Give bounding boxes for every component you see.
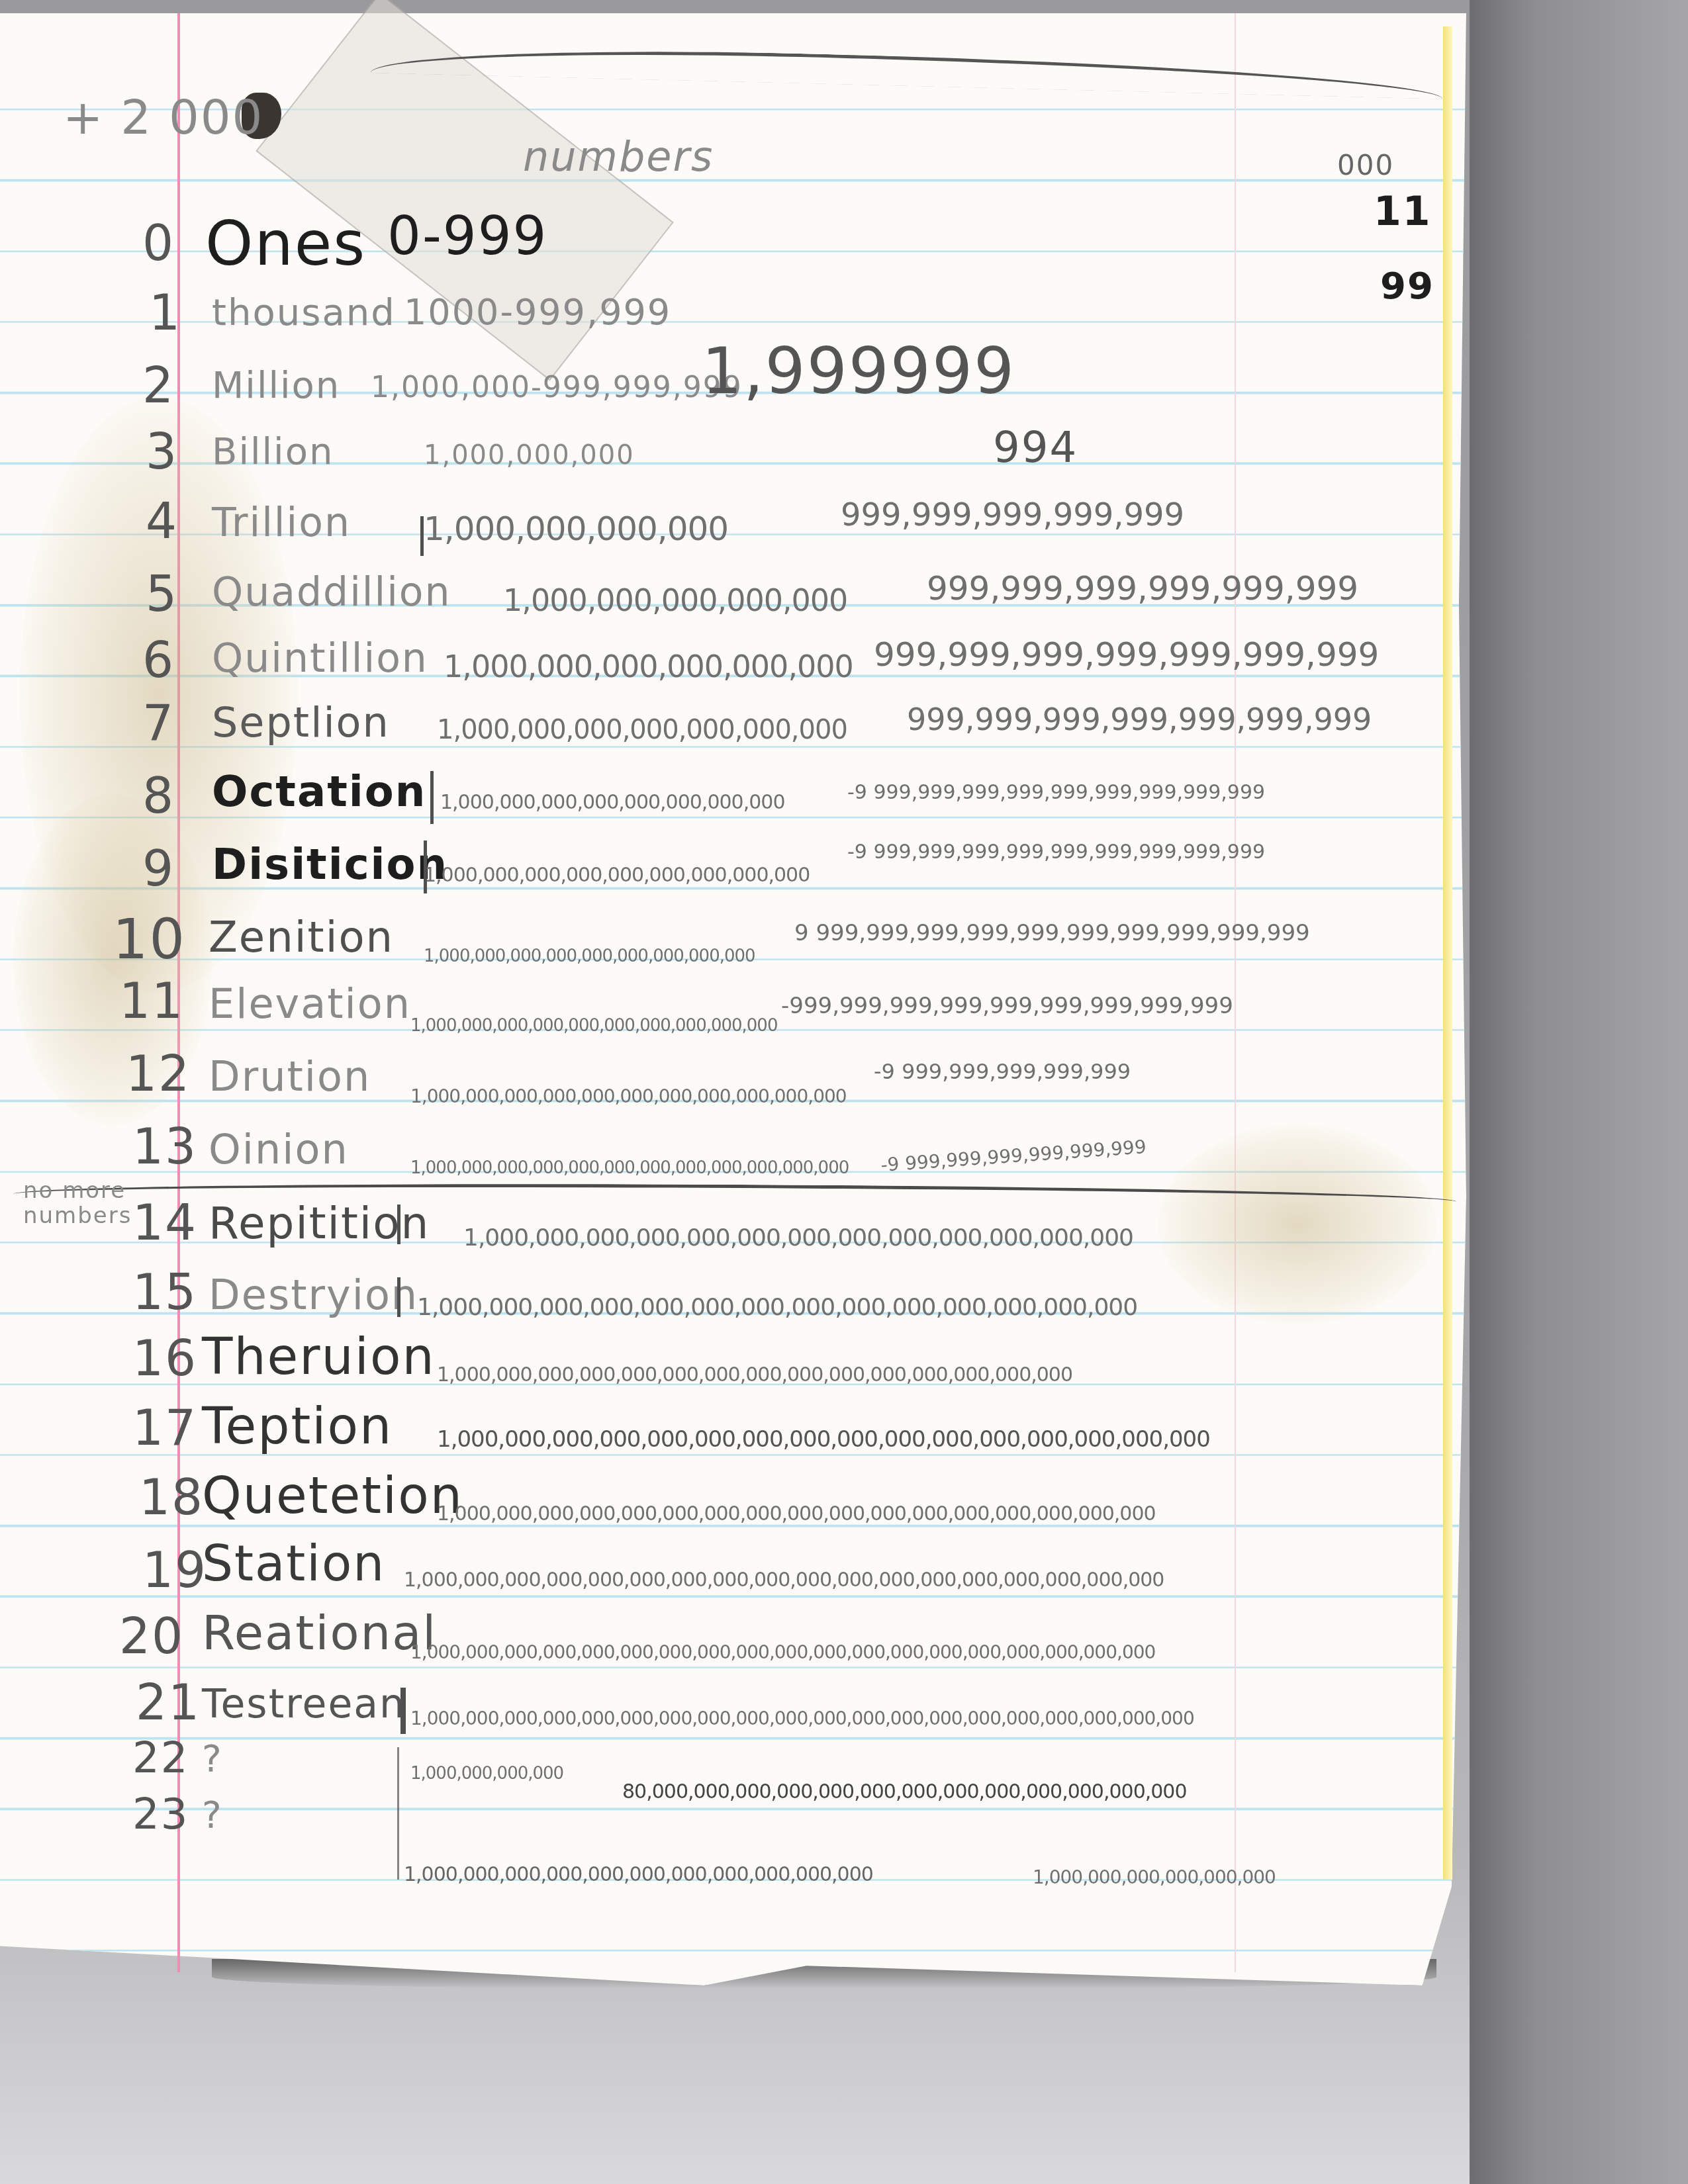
row-value: 1,000,000,000,000,000,000,000,000,000 <box>424 864 810 887</box>
row-value: 1,000,000,000,000,000,000,000,000,000 <box>424 946 755 966</box>
row-label: Destryion <box>209 1271 418 1319</box>
row-extra: -999,999,999,999,999,999,999,999,999 <box>781 993 1233 1019</box>
row-value: 1,000,000,000,000,000,000,000 <box>437 715 847 745</box>
row-index: 19 <box>142 1542 207 1599</box>
row-label: Oinion <box>209 1125 349 1173</box>
row-label: Billion <box>212 430 334 473</box>
stain <box>1158 1125 1436 1324</box>
bracket-mark <box>424 841 427 893</box>
row-value: 1,000,000-999,999,999 <box>371 371 743 404</box>
row-extra: -9 999,999,999,999,999,999,999,999,999 <box>847 841 1265 864</box>
row-label: Disiticion <box>212 841 448 889</box>
row-extra: 9 999,999,999,999,999,999,999,999,999,99… <box>794 920 1310 946</box>
row-index: 15 <box>132 1264 197 1321</box>
row-value: 1,000,000,000,000,000,000,000,000,000,00… <box>437 1363 1072 1387</box>
row-extra: 1,999999 <box>702 334 1015 408</box>
row-index: 22 <box>132 1734 189 1783</box>
bracket-mark <box>397 1277 400 1317</box>
row-value: 1,000,000,000,000,000,000,000,000 <box>440 791 784 814</box>
row-value: 1,000,000,000,000,000,000,000,000,000,00… <box>437 1502 1156 1525</box>
row-label: ? <box>202 1794 223 1837</box>
bracket-mark <box>430 771 434 824</box>
row-index: 4 <box>146 493 178 550</box>
row-label: Reational <box>202 1605 437 1661</box>
row-value: 1,000,000,000,000,000,000,000,000,000,00… <box>417 1294 1137 1321</box>
row-label: Zenition <box>209 913 394 962</box>
row-label: Million <box>212 364 340 407</box>
row-label: Testreean <box>202 1681 406 1727</box>
row-label: Station <box>202 1535 385 1592</box>
row-index: 5 <box>146 566 178 623</box>
row-index: 7 <box>142 695 175 752</box>
row-value: 1,000,000,000,000 <box>424 510 728 548</box>
row-index: 23 <box>132 1790 189 1839</box>
row-index: 11 <box>119 973 184 1030</box>
row-value: 1,000,000,000,000,000,000,000,000,000,00… <box>410 1158 849 1178</box>
row-value: 1,000,000,000,000,000 <box>503 582 847 618</box>
bracket-mark <box>397 1747 399 1880</box>
row-label: Theruion <box>202 1327 436 1386</box>
row-label: Septlion <box>212 698 390 747</box>
row-index: 9 <box>142 841 175 897</box>
row-label: Elevation <box>209 979 411 1028</box>
row-index: 0 <box>142 215 175 272</box>
row-index: 20 <box>119 1608 184 1665</box>
row-value: 1,000,000,000,000,000,000,000,000,000,00… <box>404 1863 873 1886</box>
corner-note-right-top: 000 <box>1337 149 1394 181</box>
row-value: 1,000,000,000,000,000,000,000,000,000,00… <box>410 1085 847 1107</box>
row-label: Trillion <box>212 500 351 546</box>
page-heading: numbers <box>523 132 714 181</box>
bracket-mark <box>400 1688 406 1734</box>
row-extra: 80,000,000,000,000,000,000,000,000,000,0… <box>622 1780 1187 1803</box>
row-label: Quaddillion <box>212 569 451 615</box>
row-index: 12 <box>126 1046 191 1103</box>
row-extra: 999,999,999,999,999,999,999 <box>874 635 1379 674</box>
row-index: 1 <box>149 285 181 341</box>
bracket-mark <box>397 1205 400 1244</box>
row-index: 2 <box>142 357 175 414</box>
row-extra: -9 999,999,999,999,999 <box>874 1059 1131 1084</box>
row-value: 1,000,000,000,000,000,000,000,000,000,00… <box>463 1224 1133 1251</box>
row-index: 3 <box>146 424 178 480</box>
row-index: 13 <box>132 1118 197 1175</box>
row-value: 1000-999,999 <box>404 291 671 333</box>
row-value: 1,000,000,000,000,000,000,000,000,000,00… <box>404 1569 1164 1592</box>
row-value: 1,000,000,000,000,000,000,000,000,000,00… <box>410 1016 777 1036</box>
row-index: 16 <box>132 1330 197 1387</box>
margin-note-line1: no more <box>23 1178 132 1203</box>
row-value: 1,000,000,000,000,000,000,000,000,000,00… <box>410 1641 1155 1663</box>
row-value: 1,000,000,000,000,000,000 <box>444 649 853 684</box>
corner-note-right-bottom: 99 <box>1380 265 1434 308</box>
row-value: 1,000,000,000,000 <box>410 1764 563 1784</box>
row-extra: 1,000,000,000,000,000,000 <box>1033 1866 1276 1888</box>
row-index: 17 <box>132 1400 197 1457</box>
row-extra: 999,999,999,999,999 <box>841 496 1184 533</box>
right-margin-line <box>1235 13 1236 1972</box>
row-index: 18 <box>139 1469 204 1526</box>
row-extra: 999,999,999,999,999,999,999 <box>907 702 1372 737</box>
row-index: 14 <box>132 1195 197 1251</box>
row-value: 1,000,000,000,000,000,000,000,000,000,00… <box>410 1707 1194 1729</box>
row-label: Quetetion <box>202 1466 463 1525</box>
bracket-mark <box>420 516 424 556</box>
corner-note: + 2 000 <box>63 89 263 145</box>
margin-note-line2: numbers <box>23 1203 132 1228</box>
page-edge <box>1443 26 1452 1880</box>
margin-note: no more numbers <box>23 1178 132 1228</box>
row-label: ? <box>202 1737 223 1780</box>
row-index: 8 <box>142 768 175 825</box>
scanner-background <box>1470 0 1688 2184</box>
row-index: 21 <box>136 1674 201 1731</box>
row-extra: 994 <box>993 424 1078 473</box>
row-label: Drution <box>209 1052 371 1101</box>
row-label: Octation <box>212 768 426 817</box>
row-extra: 999,999,999,999,999,999 <box>927 569 1358 608</box>
row-value: 1,000,000,000 <box>424 440 635 471</box>
row-value: 0-999 <box>387 205 547 267</box>
row-label: thousand <box>212 291 396 334</box>
row-label: Teption <box>202 1396 393 1455</box>
row-index: 6 <box>142 632 175 689</box>
row-label: Quintillion <box>212 635 428 682</box>
row-index: 10 <box>113 907 186 972</box>
row-extra: -9 999,999,999,999,999,999,999,999,999 <box>847 781 1265 804</box>
corner-note-right-mid: 11 <box>1374 189 1432 235</box>
row-label-ones: Ones <box>205 208 366 279</box>
row-value: 1,000,000,000,000,000,000,000,000,000,00… <box>437 1426 1210 1453</box>
